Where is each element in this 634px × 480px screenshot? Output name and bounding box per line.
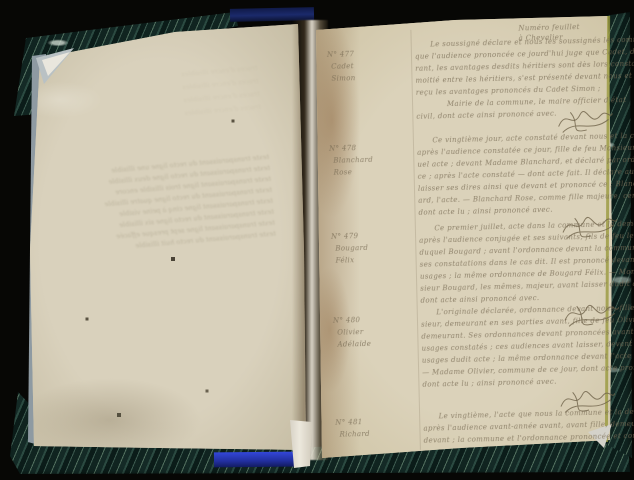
entry-name: Simon xyxy=(331,72,411,85)
bleedthrough-main: texte transparaissant du recto ligne une… xyxy=(54,153,276,261)
register-entries: Numéro feuilletà Chevalier N° 477CadetSi… xyxy=(318,7,624,466)
entry-name: Félix xyxy=(335,254,415,267)
ink-specks xyxy=(0,0,2,2)
entry-number: N° 481 xyxy=(335,416,415,429)
entry-name: Bougard xyxy=(335,242,415,255)
entry-number: N° 480 xyxy=(333,314,413,327)
entry-number: N° 477 xyxy=(327,48,407,61)
entry-name: Cadet xyxy=(331,60,411,73)
entry-name: Rose xyxy=(333,166,413,179)
entry-name: Adélaïde xyxy=(337,338,417,351)
entry-name: Blanchard xyxy=(333,154,413,167)
entry-number: N° 479 xyxy=(331,230,411,243)
entry-name: Olivier xyxy=(337,326,417,339)
entry-name: Richard xyxy=(339,428,419,441)
spine-blue-strip-bottom xyxy=(214,452,294,468)
corner-note: Numéro feuilletà Chevalier xyxy=(518,21,614,23)
scanned-register-photo: traces d'encre illisiblestraces d'encre … xyxy=(0,0,634,480)
entry-number: N° 478 xyxy=(329,142,409,155)
